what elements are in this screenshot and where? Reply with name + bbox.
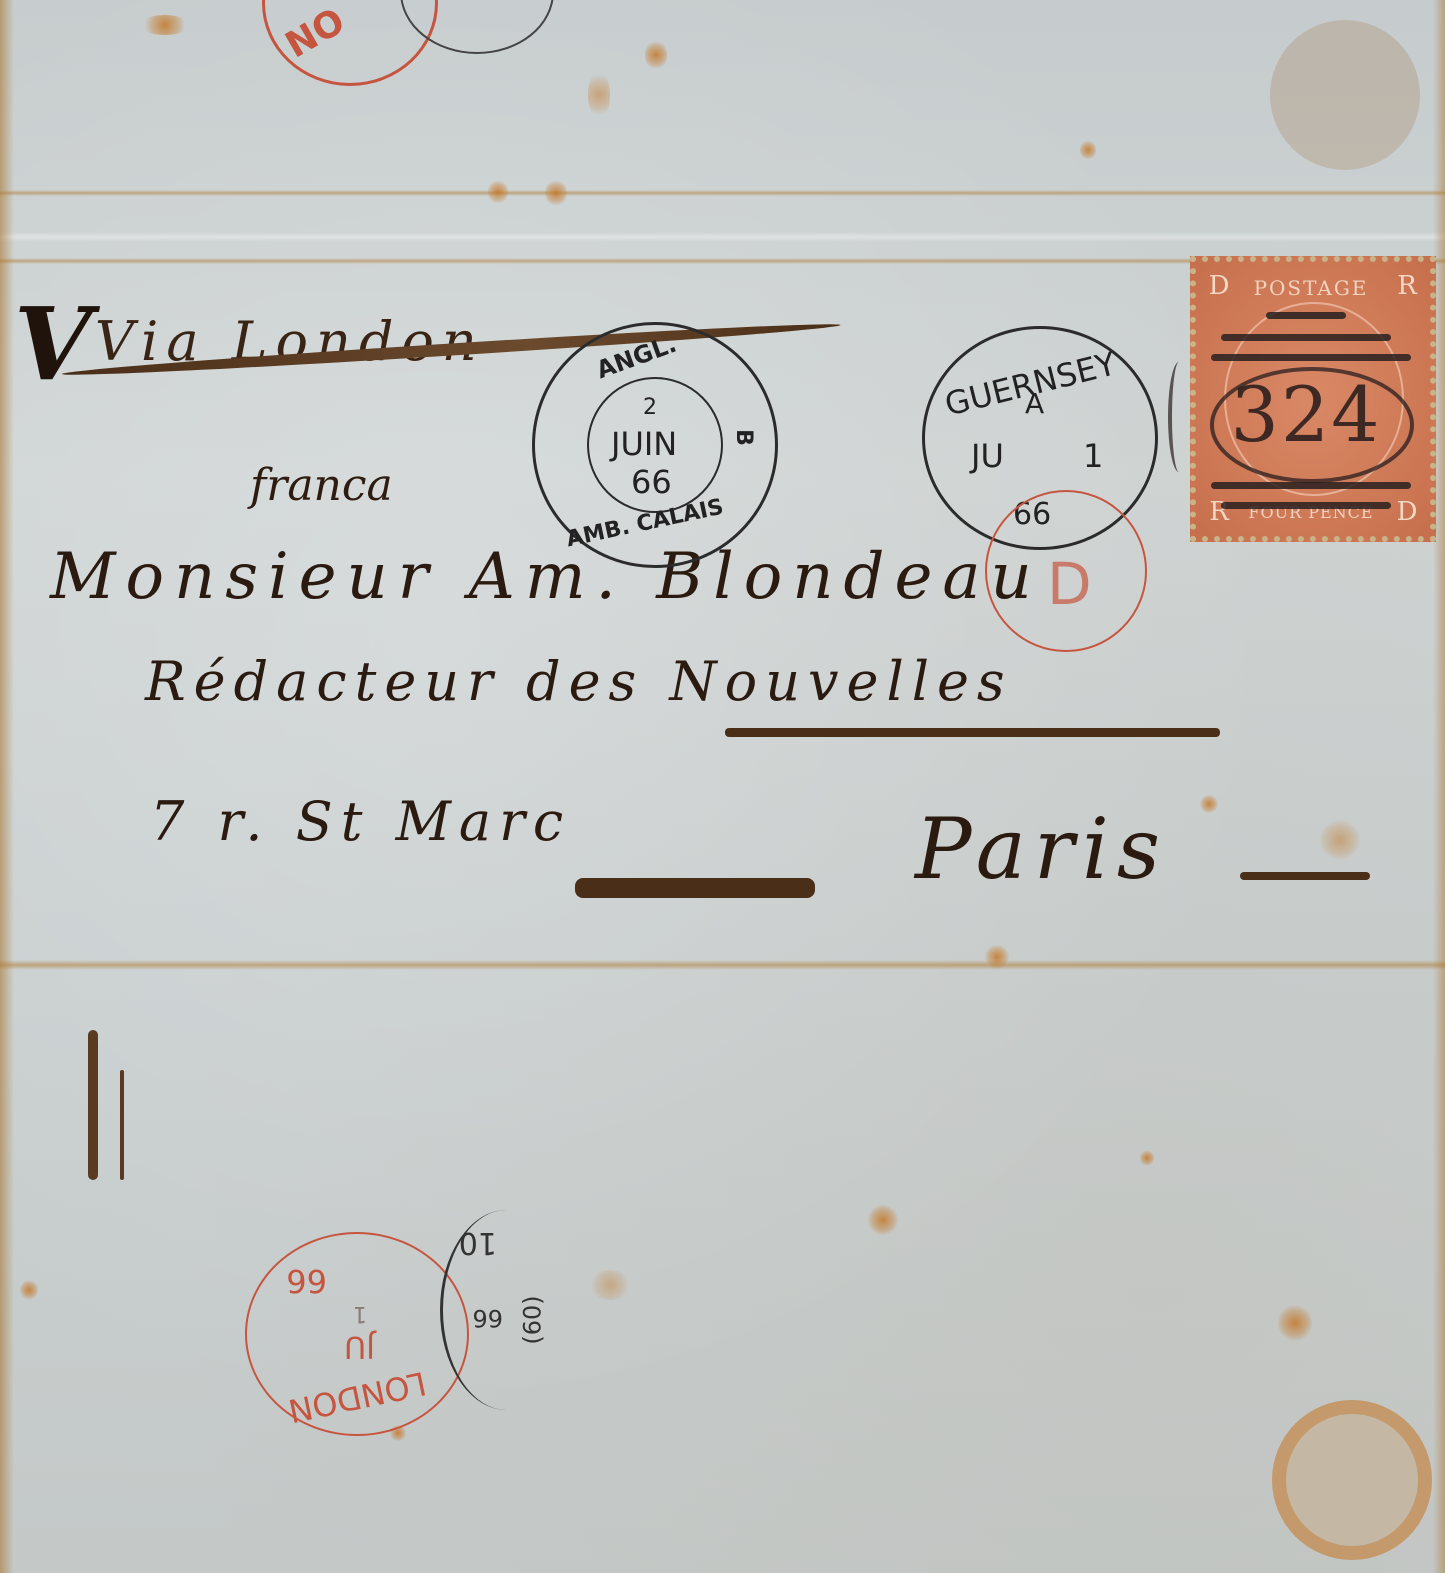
- foxing-spot: [140, 15, 190, 35]
- stain-circle: [1270, 20, 1420, 170]
- cancel-bar: [1211, 354, 1411, 361]
- addressee-line: Monsieur Am. Blondeau: [50, 540, 1042, 614]
- corner-letter-tr: R: [1392, 270, 1422, 302]
- fold-line-top: [0, 190, 1445, 196]
- foxing-spot: [1278, 1305, 1312, 1341]
- foxing-spot: [1140, 1150, 1154, 1166]
- right-edge-stain: [1433, 0, 1445, 1573]
- underline-nouvelles: [725, 728, 1220, 737]
- foxing-spot: [545, 180, 567, 206]
- left-edge-stain: [0, 0, 14, 1573]
- dash-stroke-end: [1240, 872, 1370, 880]
- postage-stamp-4d: D R R D POSTAGE FOUR PENCE 324: [1190, 256, 1436, 542]
- foxing-spot: [645, 40, 667, 70]
- foxing-spot: [588, 70, 610, 120]
- franking-note: franca: [250, 460, 393, 511]
- cancel-bar: [1266, 312, 1346, 319]
- fold-highlight: [0, 232, 1445, 242]
- cancel-bar: [1221, 334, 1391, 341]
- stain-ring: [1272, 1400, 1432, 1560]
- street-line: 7 r. St Marc: [150, 790, 571, 853]
- foxing-spot: [1200, 795, 1218, 813]
- foxing-spot: [985, 945, 1009, 969]
- london-red-backstamp: LONDON JU 1 66: [245, 1232, 469, 1436]
- cancel-outer-ring: [1168, 362, 1190, 472]
- cancel-number: 324: [1216, 370, 1396, 459]
- corner-letter-tl: D: [1204, 270, 1234, 302]
- foxing-spot: [868, 1205, 898, 1235]
- stamp-top-label: POSTAGE: [1246, 276, 1376, 300]
- city-line: Paris: [915, 800, 1168, 898]
- cancel-bar: [1221, 502, 1391, 509]
- corner-letter-bl: R: [1204, 496, 1234, 528]
- foxing-spot: [1320, 820, 1360, 860]
- title-line: Rédacteur des Nouvelles: [145, 650, 1013, 713]
- red-d-postmark: D: [985, 490, 1147, 652]
- london-black-backstamp: 10 66 (60): [440, 1210, 573, 1410]
- routing-via: V: [14, 285, 92, 403]
- foxing-spot: [488, 180, 508, 204]
- calais-postmark: ANGL. 2 JUIN 66 AMB. CALAIS B: [532, 322, 778, 568]
- corner-letter-br: D: [1392, 496, 1422, 528]
- fold-line-middle: [0, 960, 1445, 970]
- dash-stroke: [575, 878, 815, 898]
- postal-cover: NO V Via London franca Monsieur Am. Blon…: [0, 0, 1445, 1573]
- ink-mark: [88, 1030, 98, 1180]
- foxing-spot: [590, 1270, 630, 1300]
- ink-mark: [120, 1070, 124, 1180]
- cancel-bar: [1211, 482, 1411, 489]
- foxing-spot: [20, 1280, 38, 1300]
- foxing-spot: [1080, 140, 1096, 160]
